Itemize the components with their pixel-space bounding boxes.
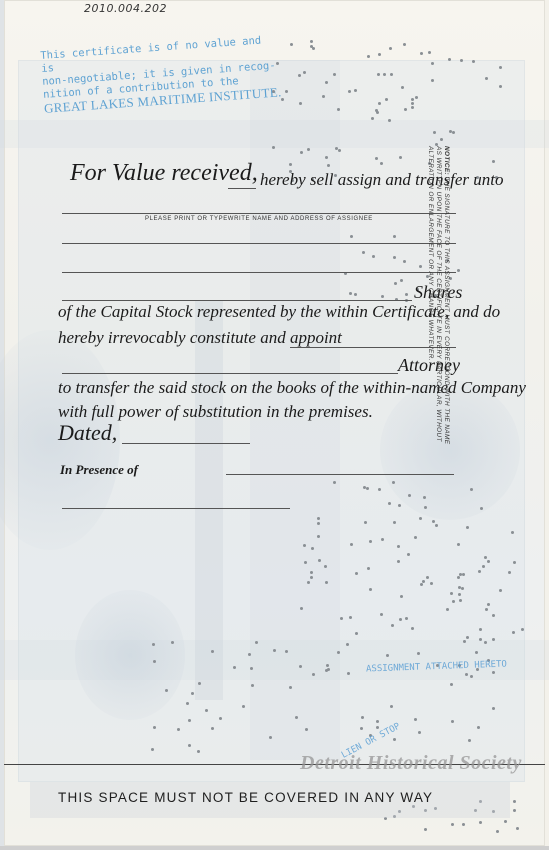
attorney-name-line-2[interactable] <box>62 373 398 374</box>
substitution-text: with full power of substitution in the p… <box>58 402 373 422</box>
constitute-appoint-text: hereby irrevocably constitute and appoin… <box>58 328 342 348</box>
perforation-dot <box>273 649 276 652</box>
signature-line[interactable] <box>226 474 454 475</box>
perforation-dot <box>381 538 384 541</box>
perforation-dot <box>479 821 482 824</box>
perforation-dot <box>390 73 393 76</box>
perforation-dot <box>350 235 353 238</box>
perforation-dot <box>457 543 460 546</box>
perforation-dot <box>411 106 414 109</box>
perforation-dot <box>389 47 392 50</box>
perforation-dot <box>153 660 156 663</box>
assignor-blank[interactable] <box>228 188 256 189</box>
perforation-dot <box>289 163 292 166</box>
perforation-dot <box>211 650 214 653</box>
reserved-space-warning: THIS SPACE MUST NOT BE COVERED IN ANY WA… <box>58 790 433 805</box>
perforation-dot <box>462 823 465 826</box>
faded-corporate-seal <box>380 380 520 520</box>
perforation-dot <box>349 292 352 295</box>
notice-line-3: ALTERATION OR ENLARGEMENT OR ANY CHANGE … <box>425 146 433 526</box>
perforation-dot <box>250 667 253 670</box>
perforation-dot <box>484 556 487 559</box>
perforation-dot <box>457 269 460 272</box>
perforation-dot <box>151 748 154 751</box>
perforation-dot <box>414 718 417 721</box>
perforation-dot <box>440 138 443 141</box>
notice-line-2: AS WRITTEN UPON THE FACE OF THE CERTIFIC… <box>434 146 442 526</box>
perforation-dot <box>285 650 288 653</box>
perforation-dot <box>272 146 275 149</box>
perforation-dot <box>300 607 303 610</box>
perforation-dot <box>513 561 516 564</box>
perforation-dot <box>460 59 463 62</box>
perforation-dot <box>420 583 423 586</box>
paper-bottom-edge <box>0 846 549 850</box>
perforation-dot <box>360 727 363 730</box>
perforation-dot <box>349 616 352 619</box>
perforation-dot <box>312 673 315 676</box>
perforation-dot <box>289 686 292 689</box>
perforation-dot <box>255 641 258 644</box>
perforation-dot <box>470 488 473 491</box>
perforation-dot <box>393 521 396 524</box>
perforation-dot <box>177 728 180 731</box>
perforation-dot <box>303 544 306 547</box>
perforation-dot <box>487 603 490 606</box>
perforation-dot <box>298 74 301 77</box>
perforation-dot <box>371 117 374 120</box>
perforation-dot <box>377 73 380 76</box>
perforation-dot <box>348 90 351 93</box>
notice-line-1: THE SIGNATURE TO THIS ASSIGNMENT MUST CO… <box>443 177 450 444</box>
perforation-dot <box>414 536 417 539</box>
perforation-dot <box>479 628 482 631</box>
signature-notice: NOTICE: THE SIGNATURE TO THIS ASSIGNMENT… <box>425 146 450 526</box>
accession-number: 2010.004.202 <box>84 2 167 15</box>
perforation-dot <box>451 823 454 826</box>
watermark: Detroit Historical Society <box>300 752 522 775</box>
faded-vertical-text-strip <box>195 300 223 700</box>
perforation-dot <box>521 628 524 631</box>
perforation-dot <box>380 162 383 165</box>
assignee-caption: PLEASE PRINT OR TYPEWRITE NAME AND ADDRE… <box>145 216 373 222</box>
perforation-dot <box>458 593 461 596</box>
perforation-dot <box>496 830 499 833</box>
sell-assign-transfer-label: hereby sell assign and transfer unto <box>260 170 504 190</box>
perforation-dot <box>428 51 431 54</box>
perforation-dot <box>463 640 466 643</box>
perforation-dot <box>511 531 514 534</box>
perforation-dot <box>191 692 194 695</box>
perforation-dot <box>165 689 168 692</box>
perforation-dot <box>381 295 384 298</box>
perforation-dot <box>504 820 507 823</box>
perforation-dot <box>290 43 293 46</box>
perforation-dot <box>378 53 381 56</box>
dated-label: Dated, <box>58 420 117 446</box>
perforation-dot <box>376 720 379 723</box>
perforation-dot <box>219 717 222 720</box>
perforation-dot <box>394 282 397 285</box>
perforation-dot <box>388 119 391 122</box>
perforation-dot <box>276 62 279 65</box>
perforation-dot <box>459 573 462 576</box>
perforation-dot <box>513 809 516 812</box>
perforation-dot <box>397 560 400 563</box>
perforation-dot <box>516 827 519 830</box>
in-presence-of-label: In Presence of <box>60 462 138 478</box>
perforation-dot <box>248 653 251 656</box>
perforation-dot <box>152 643 155 646</box>
perforation-dot <box>392 481 395 484</box>
perforation-dot <box>400 279 403 282</box>
perforation-dot <box>317 535 320 538</box>
perforation-dot <box>310 40 313 43</box>
perforation-dot <box>385 98 388 101</box>
perforation-dot <box>337 651 340 654</box>
shares-count-line[interactable] <box>62 300 412 301</box>
perforation-dot <box>492 614 495 617</box>
perforation-dot <box>355 572 358 575</box>
perforation-dot <box>420 52 423 55</box>
perforation-dot <box>378 102 381 105</box>
transfer-stock-text: to transfer the said stock on the books … <box>58 378 526 398</box>
perforation-dot <box>418 731 421 734</box>
perforation-dot <box>478 570 481 573</box>
assignee-address-line-1[interactable] <box>62 243 456 244</box>
assignee-address-line-2[interactable] <box>62 272 456 273</box>
date-line[interactable] <box>122 443 250 444</box>
perforation-dot <box>304 561 307 564</box>
perforation-dot <box>452 600 455 603</box>
perforation-dot <box>408 494 411 497</box>
witness-signature-line[interactable] <box>62 508 290 509</box>
perforation-dot <box>383 73 386 76</box>
notice-heading: NOTICE: <box>443 146 450 175</box>
perforation-dot <box>322 95 325 98</box>
faded-eagle-emblem <box>75 590 185 720</box>
perforation-dot <box>415 96 418 99</box>
perforation-dot <box>197 750 200 753</box>
perforation-dot <box>475 651 478 654</box>
for-value-received-label: For Value received, <box>70 160 258 187</box>
perforation-dot <box>470 675 473 678</box>
perforation-dot <box>411 102 414 105</box>
perforation-dot <box>305 728 308 731</box>
perforation-dot <box>242 705 245 708</box>
assignee-name-line[interactable] <box>62 213 456 214</box>
perforation-dot <box>390 705 393 708</box>
perforation-dot <box>462 573 465 576</box>
perforation-dot <box>424 828 427 831</box>
perforation-dot <box>422 580 425 583</box>
perforation-dot <box>295 716 298 719</box>
